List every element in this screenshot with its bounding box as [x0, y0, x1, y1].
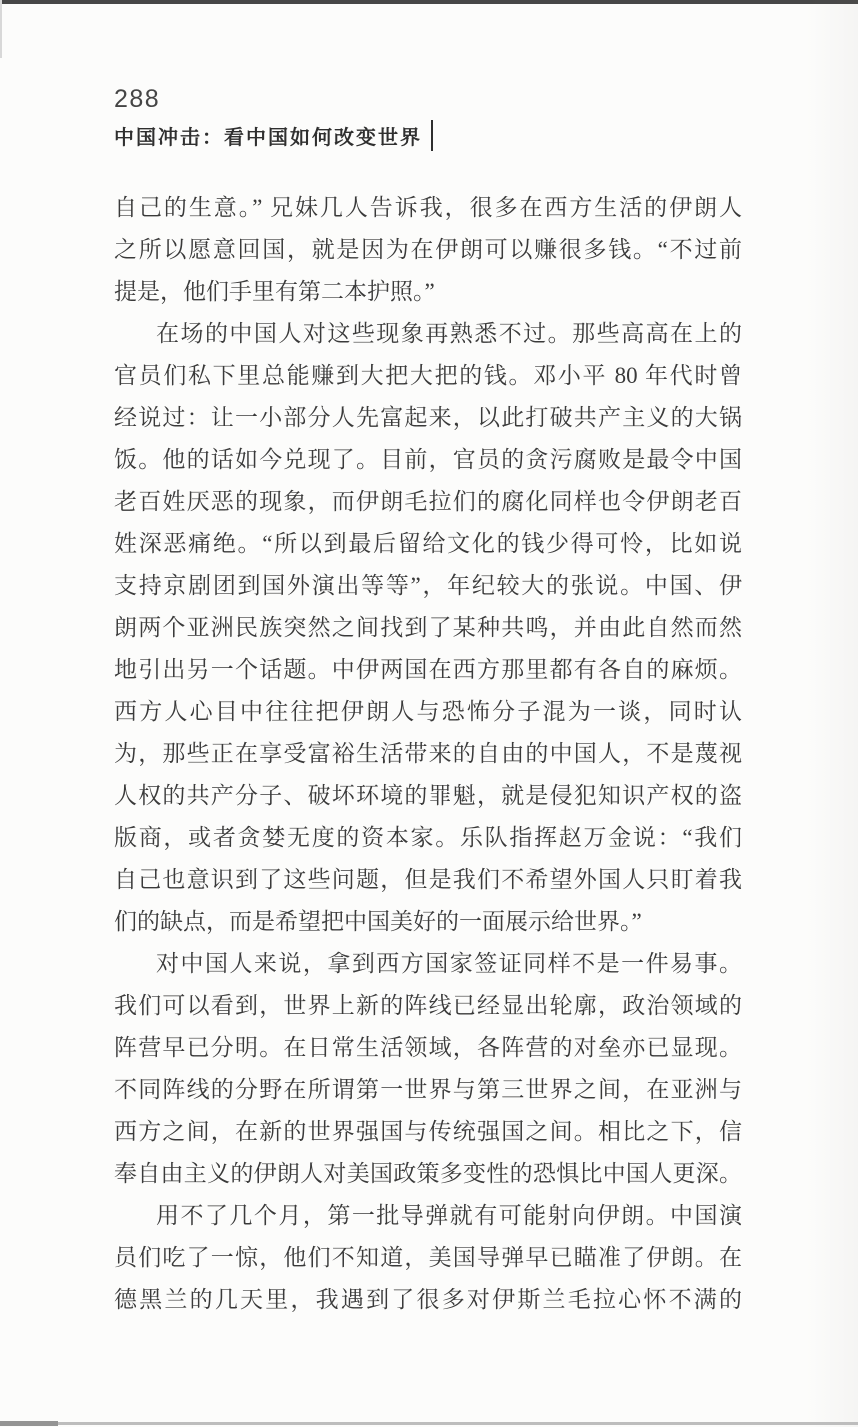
scan-edge-bottom-line — [0, 1422, 858, 1425]
text-line: 不同阵线的分野在所谓第一世界与第三世界之间，在亚洲与 — [114, 1069, 742, 1111]
vertical-bar-icon — [431, 120, 433, 151]
text-line: 版商，或者贪婪无度的资本家。乐队指挥赵万金说：“我们 — [114, 817, 742, 859]
text-line: 德黑兰的几天里，我遇到了很多对伊斯兰毛拉心怀不满的 — [114, 1279, 742, 1321]
text-line: 对中国人来说，拿到西方国家签证同样不是一件易事。 — [114, 943, 742, 985]
text-line: 老百姓厌恶的现象，而伊朗毛拉们的腐化同样也令伊朗老百 — [114, 481, 742, 523]
page-header: 288 中国冲击：看中国如何改变世界 — [114, 84, 744, 152]
text-line: 员们吃了一惊，他们不知道，美国导弹早已瞄准了伊朗。在 — [114, 1237, 742, 1279]
scan-edge-bottom-left-mark — [0, 1421, 58, 1426]
running-title: 中国冲击：看中国如何改变世界 — [114, 121, 422, 150]
book-page: 288 中国冲击：看中国如何改变世界 自己的生意。” 兄妹几人告诉我，很多在西方… — [0, 0, 858, 1427]
text-line: 在场的中国人对这些现象再熟悉不过。那些高高在上的 — [114, 313, 742, 355]
text-line: 经说过：让一小部分人先富起来，以此打破共产主义的大锅 — [114, 397, 742, 439]
text-line: 朗两个亚洲民族突然之间找到了某种共鸣，并由此自然而然 — [114, 607, 742, 649]
text-line: 之所以愿意回国，就是因为在伊朗可以赚很多钱。“不过前 — [114, 229, 742, 271]
text-line: 地引出另一个话题。中伊两国在西方那里都有各自的麻烦。 — [114, 649, 742, 691]
text-line: 阵营早已分明。在日常生活领域，各阵营的对垒亦已显现。 — [114, 1027, 742, 1069]
text-line: 自己的生意。” 兄妹几人告诉我，很多在西方生活的伊朗人 — [114, 187, 742, 229]
body-text: 自己的生意。” 兄妹几人告诉我，很多在西方生活的伊朗人之所以愿意回国，就是因为在… — [114, 187, 742, 1321]
running-title-row: 中国冲击：看中国如何改变世界 — [114, 118, 744, 152]
scan-shadow-right — [806, 0, 858, 1427]
text-line: 西方之间，在新的世界强国与传统强国之间。相比之下，信 — [114, 1111, 742, 1153]
text-line: 们的缺点，而是希望把中国美好的一面展示给世界。” — [114, 901, 742, 943]
text-line: 为，那些正在享受富裕生活带来的自由的中国人，不是蔑视 — [114, 733, 742, 775]
text-line: 支持京剧团到国外演出等等”，年纪较大的张说。中国、伊 — [114, 565, 742, 607]
text-line: 姓深恶痛绝。“所以到最后留给文化的钱少得可怜，比如说 — [114, 523, 742, 565]
text-line: 奉自由主义的伊朗人对美国政策多变性的恐惧比中国人更深。 — [114, 1153, 742, 1195]
text-line: 用不了几个月，第一批导弹就有可能射向伊朗。中国演 — [114, 1195, 742, 1237]
text-line: 西方人心目中往往把伊朗人与恐怖分子混为一谈，同时认 — [114, 691, 742, 733]
text-line: 自己也意识到了这些问题，但是我们不希望外国人只盯着我 — [114, 859, 742, 901]
scan-edge-left-line — [0, 0, 2, 58]
text-line: 人权的共产分子、破坏环境的罪魁，就是侵犯知识产权的盗 — [114, 775, 742, 817]
text-line: 官员们私下里总能赚到大把大把的钱。邓小平 80 年代时曾 — [114, 355, 742, 397]
text-line: 我们可以看到，世界上新的阵线已经显出轮廓，政治领域的 — [114, 985, 742, 1027]
scan-edge-top-line — [0, 0, 858, 4]
text-line: 提是，他们手里有第二本护照。” — [114, 271, 742, 313]
text-line: 饭。他的话如今兑现了。目前，官员的贪污腐败是最令中国 — [114, 439, 742, 481]
page-number: 288 — [114, 84, 744, 114]
